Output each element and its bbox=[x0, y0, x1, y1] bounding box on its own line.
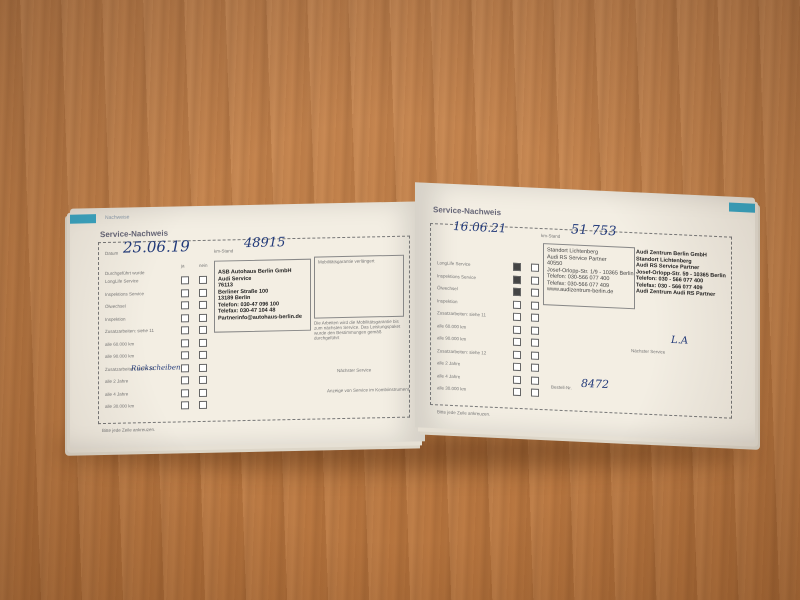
checkbox[interactable] bbox=[513, 388, 521, 396]
mobility-title: Mobilitätsgarantie verlängert bbox=[318, 258, 375, 264]
checkbox[interactable] bbox=[181, 314, 189, 322]
order-number-value: 8472 bbox=[581, 377, 609, 391]
row-label: LongLife Service bbox=[105, 278, 139, 284]
col-yes: ja bbox=[181, 263, 185, 268]
checkbox[interactable] bbox=[531, 289, 539, 297]
next-service-label: Nächster Service bbox=[631, 348, 665, 355]
checkbox[interactable] bbox=[531, 376, 539, 384]
dealer-stamp-box: ASB Autohaus Berlin GmbHAudi Service7611… bbox=[214, 259, 311, 333]
checkbox[interactable] bbox=[181, 326, 189, 334]
checkbox[interactable] bbox=[181, 276, 189, 284]
row-label: Ölwechsel bbox=[437, 285, 458, 291]
checkbox[interactable] bbox=[181, 289, 189, 297]
row-label: alle 60.000 km bbox=[105, 341, 134, 347]
checkbox[interactable] bbox=[513, 363, 521, 371]
checkbox[interactable] bbox=[199, 338, 207, 346]
row-label: alle 90.000 km bbox=[105, 353, 134, 359]
checkbox[interactable] bbox=[199, 313, 207, 321]
mileage-value: 51 753 bbox=[571, 222, 617, 239]
checkbox[interactable] bbox=[531, 276, 539, 284]
page-title: Service-Nachweis bbox=[433, 205, 501, 217]
row-label: Zusatzarbeiten: siehe 12 bbox=[437, 348, 486, 355]
row-label: alle 2 Jahre bbox=[105, 378, 128, 383]
checkbox[interactable] bbox=[513, 350, 521, 358]
checkbox[interactable] bbox=[531, 314, 539, 322]
page-tab bbox=[729, 203, 755, 213]
row-label: Zusatzarbeiten: siehe 11 bbox=[105, 328, 154, 334]
service-form: Datum 25.06.19 km-Stand 48915 Durchgefüh… bbox=[98, 236, 410, 425]
checkbox[interactable] bbox=[199, 388, 207, 396]
checkbox[interactable] bbox=[199, 288, 207, 296]
next-service-value: L.A bbox=[671, 335, 688, 347]
page-tab bbox=[70, 214, 96, 224]
checkbox[interactable] bbox=[181, 364, 189, 372]
row-label: alle 4 Jahre bbox=[105, 391, 128, 396]
checkbox[interactable] bbox=[513, 300, 521, 308]
row-label: Ölwechsel bbox=[105, 304, 126, 309]
dealer-stamp-right: Audi Zentrum Berlin GmbHStandort Lichten… bbox=[636, 249, 726, 299]
checkbox[interactable] bbox=[513, 275, 521, 283]
checkbox[interactable] bbox=[181, 376, 189, 384]
order-number-label: Bestell-Nr. bbox=[551, 384, 572, 390]
checkbox[interactable] bbox=[531, 326, 539, 334]
row-label: alle 2 Jahre bbox=[437, 360, 460, 366]
checkbox[interactable] bbox=[513, 313, 521, 321]
dealer-stamp-box: Standort LichtenbergAudi RS Service Part… bbox=[543, 243, 635, 309]
row-label: alle 90.000 km bbox=[437, 335, 466, 341]
row-label: alle 30.000 km bbox=[437, 385, 466, 391]
date-value: 25.06.19 bbox=[123, 237, 190, 256]
row-label: Inspektions Service bbox=[437, 273, 476, 280]
checkbox[interactable] bbox=[199, 276, 207, 284]
next-service-label: Nächster Service bbox=[337, 367, 371, 373]
checkbox[interactable] bbox=[199, 301, 207, 309]
checkbox[interactable] bbox=[531, 339, 539, 347]
checkbox[interactable] bbox=[531, 301, 539, 309]
row-label: alle 4 Jahre bbox=[437, 373, 460, 379]
checkbox[interactable] bbox=[181, 401, 189, 409]
checkbox[interactable] bbox=[181, 301, 189, 309]
row-label: Inspektion bbox=[437, 298, 458, 304]
checkbox[interactable] bbox=[181, 351, 189, 359]
footer-note: Bitte jede Zeile ankreuzen. bbox=[437, 409, 490, 416]
row-label: Inspektions Service bbox=[105, 291, 144, 297]
row-label: Zusatzarbeiten: siehe 11 bbox=[437, 310, 486, 317]
left-page: Nachweise Service-Nachweis Datum 25.06.1… bbox=[70, 201, 425, 448]
checkbox[interactable] bbox=[199, 376, 207, 384]
dealer-stamp: ASB Autohaus Berlin GmbHAudi Service7611… bbox=[218, 268, 302, 322]
row-label: Inspektion bbox=[105, 316, 126, 321]
checkbox[interactable] bbox=[513, 325, 521, 333]
date-value: 16.06.21 bbox=[453, 219, 506, 235]
right-page: Service-Nachweis 16.06.21 km-Stand 51 75… bbox=[415, 182, 755, 442]
performed-label: Durchgeführt wurde bbox=[105, 270, 145, 276]
page-header: Nachweise bbox=[105, 214, 129, 221]
date-label: Datum bbox=[105, 251, 118, 256]
checkbox[interactable] bbox=[181, 339, 189, 347]
mileage-value: 48915 bbox=[244, 235, 285, 251]
row-label: LongLife Service bbox=[437, 260, 471, 267]
checkbox[interactable] bbox=[531, 264, 539, 272]
service-form: 16.06.21 km-Stand 51 753 LongLife Servic… bbox=[430, 223, 732, 419]
row-label: alle 60.000 km bbox=[437, 323, 466, 329]
mileage-label: km-Stand bbox=[541, 233, 560, 239]
footer-note: Bitte jede Zeile ankreuzen. bbox=[102, 427, 155, 433]
checkbox[interactable] bbox=[513, 263, 521, 271]
checkbox[interactable] bbox=[531, 364, 539, 372]
handwritten-note: Rückscheiben bbox=[131, 363, 180, 372]
checkbox[interactable] bbox=[531, 351, 539, 359]
checkbox[interactable] bbox=[199, 363, 207, 371]
mileage-label: km-Stand bbox=[214, 248, 233, 253]
checkbox[interactable] bbox=[199, 351, 207, 359]
checkbox[interactable] bbox=[513, 375, 521, 383]
checkbox[interactable] bbox=[513, 288, 521, 296]
checkbox[interactable] bbox=[199, 326, 207, 334]
row-label: alle 30.000 km bbox=[105, 403, 134, 409]
checkbox[interactable] bbox=[181, 389, 189, 397]
checkbox[interactable] bbox=[531, 389, 539, 397]
checkbox[interactable] bbox=[199, 401, 207, 409]
col-no: nein bbox=[199, 263, 208, 268]
mobility-box: Mobilitätsgarantie verlängert bbox=[314, 255, 404, 319]
display-note: Anzeige von Service im Kombiinstrument bbox=[327, 387, 409, 394]
notice-text: Die Arbeiten wird die Mobilitätsgarantie… bbox=[314, 319, 402, 341]
dealer-stamp-left: Standort LichtenbergAudi RS Service Part… bbox=[547, 247, 634, 296]
checkbox[interactable] bbox=[513, 338, 521, 346]
